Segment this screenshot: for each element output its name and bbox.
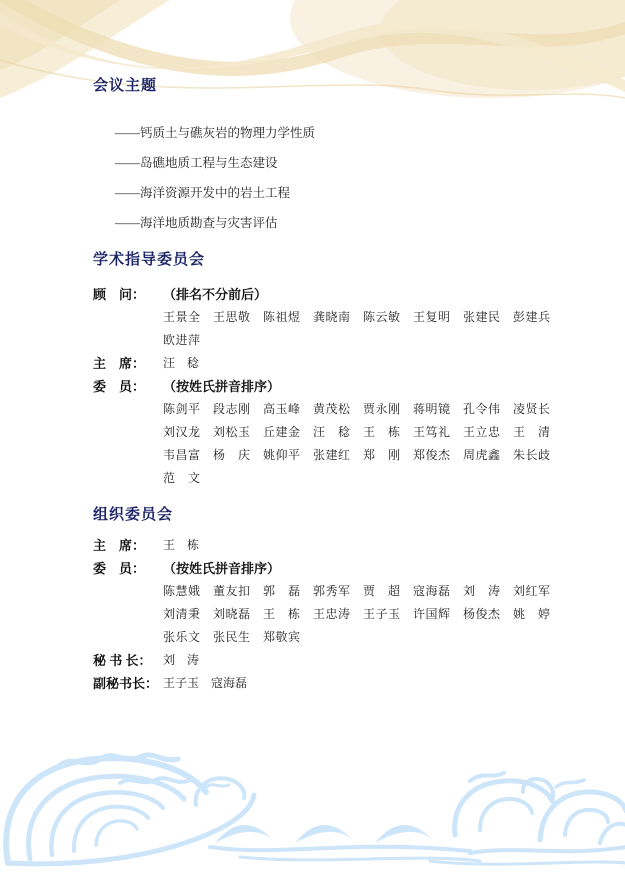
chair-row: 主 席： 汪 稔 bbox=[93, 352, 567, 375]
members-label: 委 员： bbox=[93, 557, 163, 580]
advisor-note: （排名不分前后） bbox=[163, 283, 267, 306]
page-content: 会议主题 ——钙质土与礁灰岩的物理力学性质 ——岛礁地质工程与生态建设 ——海洋… bbox=[93, 76, 567, 695]
name-line: 王景全 王思敬 陈祖煜 龚晓南 陈云敏 王复明 张建民 彭建兵 bbox=[163, 306, 567, 329]
members-row: 委 员： （按姓氏拼音排序） bbox=[93, 557, 567, 580]
secretary-general-row: 秘 书 长： 刘 涛 bbox=[93, 649, 567, 672]
chair-row: 主 席： 王 栋 bbox=[93, 534, 567, 557]
name-line: 欧进萍 bbox=[163, 329, 567, 352]
chair-name: 汪 稔 bbox=[163, 352, 199, 375]
members-note: （按姓氏拼音排序） bbox=[163, 557, 280, 580]
member-names: 陈剑平 段志刚 高玉峰 黄茂松 贾永刚 蒋明镜 孔令伟 凌贤长 刘汉龙 刘松玉 … bbox=[163, 398, 567, 490]
members-note: （按姓氏拼音排序） bbox=[163, 375, 280, 398]
conference-theme-heading: 会议主题 bbox=[93, 76, 567, 96]
organizing-committee-body: 主 席： 王 栋 委 员： （按姓氏拼音排序） 陈慧娥 董友扣 郭 磊 郭秀军 … bbox=[93, 534, 567, 695]
academic-committee-body: 顾 问： （排名不分前后） 王景全 王思敬 陈祖煜 龚晓南 陈云敏 王复明 张建… bbox=[93, 283, 567, 490]
name-line: 张乐文 张民生 郑敬宾 bbox=[163, 626, 567, 649]
topic-item: ——海洋资源开发中的岩土工程 bbox=[115, 178, 567, 208]
secretary-general-name: 刘 涛 bbox=[163, 649, 199, 672]
name-line: 陈剑平 段志刚 高玉峰 黄茂松 贾永刚 蒋明镜 孔令伟 凌贤长 bbox=[163, 398, 567, 421]
name-line: 范 文 bbox=[163, 467, 567, 490]
chair-name: 王 栋 bbox=[163, 534, 199, 557]
chair-label: 主 席： bbox=[93, 534, 163, 557]
topic-item: ——海洋地质勘查与灾害评估 bbox=[115, 208, 567, 238]
deputy-secretary-general-names: 王子玉 寇海磊 bbox=[163, 672, 247, 695]
name-line: 陈慧娥 董友扣 郭 磊 郭秀军 贾 超 寇海磊 刘 涛 刘红军 bbox=[163, 580, 567, 603]
deputy-secretary-general-row: 副秘书长： 王子玉 寇海磊 bbox=[93, 672, 567, 695]
name-line: 刘汉龙 刘松玉 丘建金 汪 稔 王 栋 王笃礼 王立忠 王 清 bbox=[163, 421, 567, 444]
wave-decoration bbox=[0, 735, 625, 875]
advisor-row: 顾 问： （排名不分前后） bbox=[93, 283, 567, 306]
deputy-secretary-general-label: 副秘书长： bbox=[93, 672, 163, 695]
conference-topics: ——钙质土与礁灰岩的物理力学性质 ——岛礁地质工程与生态建设 ——海洋资源开发中… bbox=[115, 118, 567, 238]
name-line: 韦昌富 杨 庆 姚仰平 张建红 郑 刚 郑俊杰 周虎鑫 朱长歧 bbox=[163, 444, 567, 467]
chair-label: 主 席： bbox=[93, 352, 163, 375]
topic-item: ——钙质土与礁灰岩的物理力学性质 bbox=[115, 118, 567, 148]
members-row: 委 员： （按姓氏拼音排序） bbox=[93, 375, 567, 398]
secretary-general-label: 秘 书 长： bbox=[93, 649, 163, 672]
academic-committee-heading: 学术指导委员会 bbox=[93, 250, 567, 270]
document-page: 会议主题 ——钙质土与礁灰岩的物理力学性质 ——岛礁地质工程与生态建设 ——海洋… bbox=[0, 0, 625, 881]
organizing-committee-heading: 组织委员会 bbox=[93, 505, 567, 525]
advisor-label: 顾 问： bbox=[93, 283, 163, 306]
advisor-names: 王景全 王思敬 陈祖煜 龚晓南 陈云敏 王复明 张建民 彭建兵 欧进萍 bbox=[163, 306, 567, 352]
topic-item: ——岛礁地质工程与生态建设 bbox=[115, 148, 567, 178]
member-names: 陈慧娥 董友扣 郭 磊 郭秀军 贾 超 寇海磊 刘 涛 刘红军 刘清秉 刘晓磊 … bbox=[163, 580, 567, 649]
name-line: 刘清秉 刘晓磊 王 栋 王忠涛 王子玉 许国辉 杨俊杰 姚 婷 bbox=[163, 603, 567, 626]
members-label: 委 员： bbox=[93, 375, 163, 398]
